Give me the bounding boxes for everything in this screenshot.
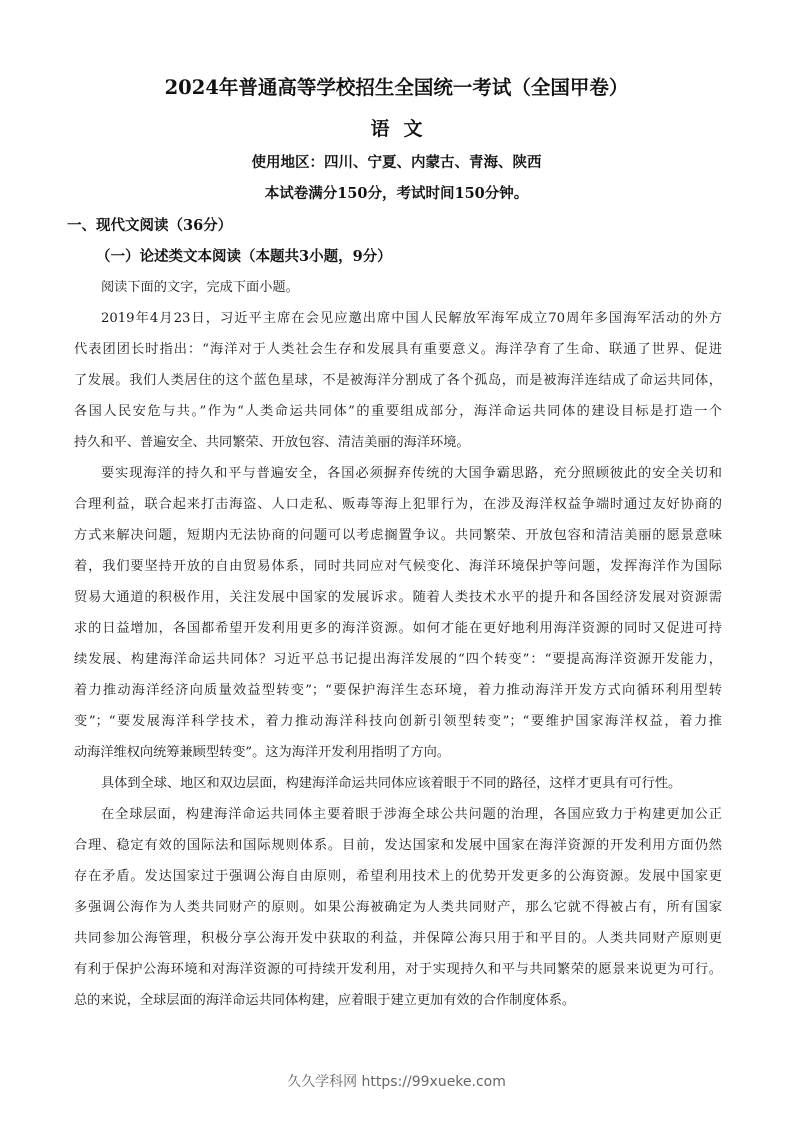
passage-line: 动海洋维权向统筹兼顾型转变”。这为海洋开发利用指明了方向。 <box>74 741 722 760</box>
passage-line: 有利于保护公海环境和对海洋资源的可持续开发利用，对于实现持久和平与共同繁荣的愿景… <box>74 958 722 977</box>
passage-line: 方式来解决问题，短期内无法协商的问题可以考虑搁置争议。共同繁荣、开放包容和清洁美… <box>74 524 722 543</box>
passage-line: 续发展、构建海洋命运共同体？习近平总书记提出海洋发展的“四个转变”：“要提高海洋… <box>74 648 722 667</box>
passage-line: 总的来说，全球层面的海洋命运共同体构建，应着眼于建立更加有效的合作制度体系。 <box>74 989 722 1008</box>
footer-watermark: 久久学科网 https://99xueke.com <box>0 1071 793 1091</box>
subject-title: 语文 <box>0 114 793 141</box>
passage-line: 求的日益增加，各国都希望开发利用更多的海洋资源。如何才能在更好地利用海洋资源的同… <box>74 617 722 636</box>
passage-line: 2019年4月23日，习近平主席在会见应邀出席中国人民解放军海军成立70周年多国… <box>101 307 722 326</box>
passage-line: 各国人民安危与共。”作为“人类命运共同体”的重要组成部分，海洋命运共同体的建设目… <box>74 400 722 419</box>
passage-line: 合理利益，联合起来打击海盗、人口走私、贩毒等海上犯罪行为，在涉及海洋权益争端时通… <box>74 493 722 512</box>
passage-line: 着力推动海洋经济向质量效益型转变”；“要保护海洋生态环境，着力推动海洋开发方式向… <box>74 679 722 698</box>
passage-line: 多强调公海作为人类共同财产的原则。如果公海被确定为人类共同财产，那么它就不得被占… <box>74 896 722 915</box>
passage-line: 具体到全球、地区和双边层面，构建海洋命运共同体应该着眼于不同的路径，这样才更具有… <box>101 772 722 791</box>
passage-line: 共同参加公海管理，积极分享公海开发中获取的利益，并保障公海只用于和平目的。人类共… <box>74 927 722 946</box>
passage-line: 存在矛盾。发达国家过于强调公海自由原则，希望利用技术上的优势开发更多的公海资源。… <box>74 865 722 884</box>
score-info: 本试卷满分150分，考试时间150分钟。 <box>0 182 793 203</box>
passage-line: 合理、稳定有效的国际法和国际规则体系。目前，发达国家和发展中国家在海洋资源的开发… <box>74 834 722 853</box>
passage-line: 在全球层面，构建海洋命运共同体主要着眼于涉海全球公共问题的治理，各国应致力于构建… <box>101 803 722 822</box>
passage-line: 变”；“要发展海洋科学技术，着力推动海洋科技向创新引领型转变”；“要维护国家海洋… <box>74 710 722 729</box>
passage-line: 贸易大通道的积极作用，关注发展中国家的发展诉求。随着人类技术水平的提升和各国经济… <box>74 586 722 605</box>
region-info: 使用地区：四川、宁夏、内蒙古、青海、陕西 <box>0 151 793 172</box>
passage-line: 了发展。我们人类居住的这个蓝色星球，不是被海洋分割成了各个孤岛，而是被海洋连结成… <box>74 369 722 388</box>
passage-line: 持久和平、普遍安全、共同繁荣、开放包容、清洁美丽的海洋环境。 <box>74 431 722 450</box>
exam-page: 2024年普通高等学校招生全国统一考试（全国甲卷） 语文 使用地区：四川、宁夏、… <box>0 0 793 1122</box>
passage-line: 着，我们要坚持开放的自由贸易体系，同时共同应对气候变化、海洋环境保护等问题，发挥… <box>74 555 722 574</box>
passage-line: 要实现海洋的持久和平与普遍安全，各国必须摒弃传统的大国争霸思路，充分照顾彼此的安… <box>101 462 722 481</box>
passage-line: 代表团团长时指出：“海洋对于人类社会生存和发展具有重要意义。海洋孕育了生命、联通… <box>74 338 722 357</box>
instruction-text: 阅读下面的文字，完成下面小题。 <box>101 276 722 295</box>
exam-title: 2024年普通高等学校招生全国统一考试（全国甲卷） <box>0 72 793 100</box>
subsection-heading: （一）论述类文本阅读（本题共3小题，9分） <box>96 245 392 266</box>
section-heading: 一、现代文阅读（36分） <box>67 214 232 235</box>
